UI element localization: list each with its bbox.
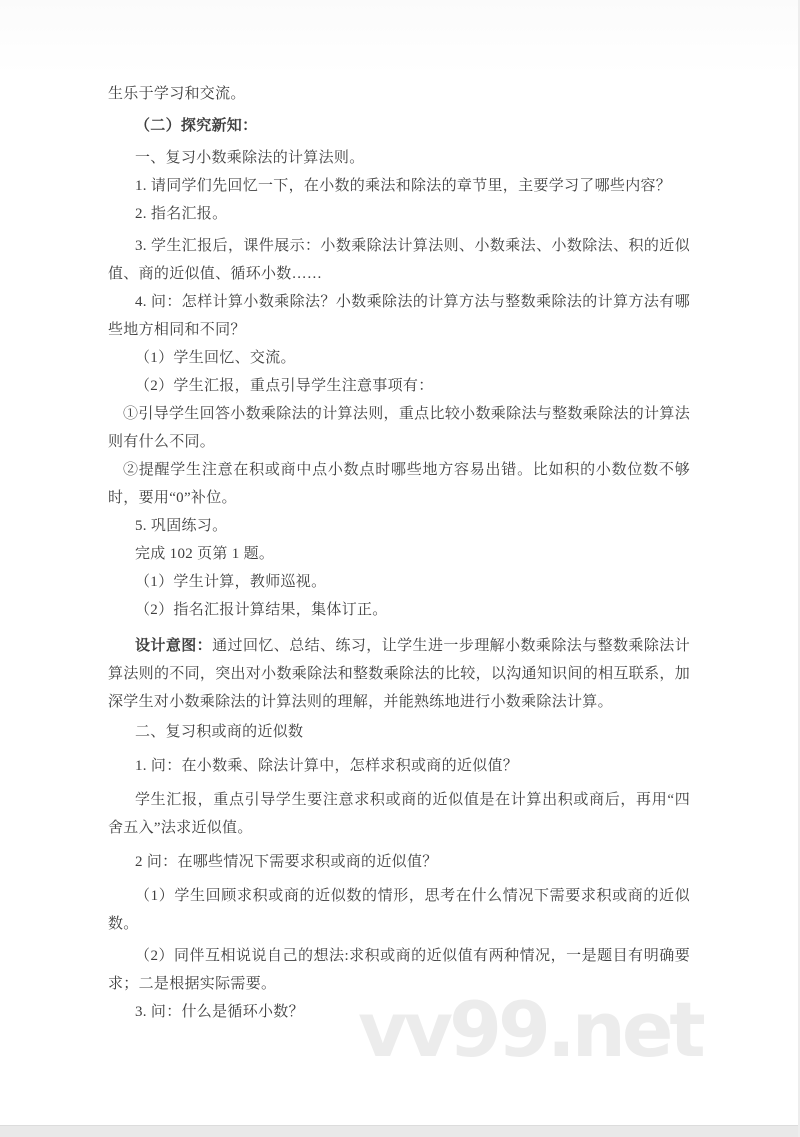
paragraph: （1）学生计算，教师巡视。 bbox=[108, 568, 690, 596]
paragraph: 3. 学生汇报后，课件展示：小数乘除法计算法则、小数乘法、小数除法、积的近似值、… bbox=[108, 232, 690, 288]
paragraph: 学生汇报，重点引导学生要注意求积或商的近似值是在计算出积或商后，再用“四舍五入”… bbox=[108, 786, 690, 842]
paragraph: （1）学生回顾求积或商的近似数的情形，思考在什么情况下需要求积或商的近似数。 bbox=[108, 882, 690, 938]
paragraph: 二、复习积或商的近似数 bbox=[108, 718, 690, 746]
paragraph: ②提醒学生注意在积或商中点小数点时哪些地方容易出错。比如积的小数位数不够时，要用… bbox=[108, 456, 690, 512]
paragraph: 2. 指名汇报。 bbox=[108, 200, 690, 228]
paragraph: （2）学生汇报，重点引导学生注意事项有： bbox=[108, 372, 690, 400]
paragraph: 1. 问：在小数乘、除法计算中，怎样求积或商的近似值？ bbox=[108, 752, 690, 780]
page-bottom-edge bbox=[0, 1125, 798, 1137]
paragraph: 5. 巩固练习。 bbox=[108, 512, 690, 540]
paragraph: 4. 问：怎样计算小数乘除法？小数乘除法的计算方法与整数乘除法的计算方法有哪些地… bbox=[108, 288, 690, 344]
paragraph: 1. 请同学们先回忆一下，在小数的乘法和除法的章节里，主要学习了哪些内容？ bbox=[108, 172, 690, 200]
paragraph: （二）探究新知： bbox=[108, 112, 690, 140]
document-body: 生乐于学习和交流。（二）探究新知：一、复习小数乘除法的计算法则。1. 请同学们先… bbox=[108, 80, 690, 1026]
paragraph: 一、复习小数乘除法的计算法则。 bbox=[108, 144, 690, 172]
paragraph: 设计意图：通过回忆、总结、练习，让学生进一步理解小数乘除法与整数乘除法计算法则的… bbox=[108, 632, 690, 716]
document-page: 生乐于学习和交流。（二）探究新知：一、复习小数乘除法的计算法则。1. 请同学们先… bbox=[0, 0, 800, 1137]
paragraph: 完成 102 页第 1 题。 bbox=[108, 540, 690, 568]
paragraph: （2）指名汇报计算结果，集体订正。 bbox=[108, 596, 690, 624]
paragraph: ①引导学生回答小数乘除法的计算法则，重点比较小数乘除法与整数乘除法的计算法则有什… bbox=[108, 400, 690, 456]
paragraph: 2 问：在哪些情况下需要求积或商的近似值？ bbox=[108, 848, 690, 876]
watermark: vv99.net bbox=[358, 992, 702, 1068]
paragraph: 生乐于学习和交流。 bbox=[108, 80, 690, 108]
paragraph: （1）学生回忆、交流。 bbox=[108, 344, 690, 372]
paragraph-lead: 设计意图： bbox=[135, 638, 212, 654]
